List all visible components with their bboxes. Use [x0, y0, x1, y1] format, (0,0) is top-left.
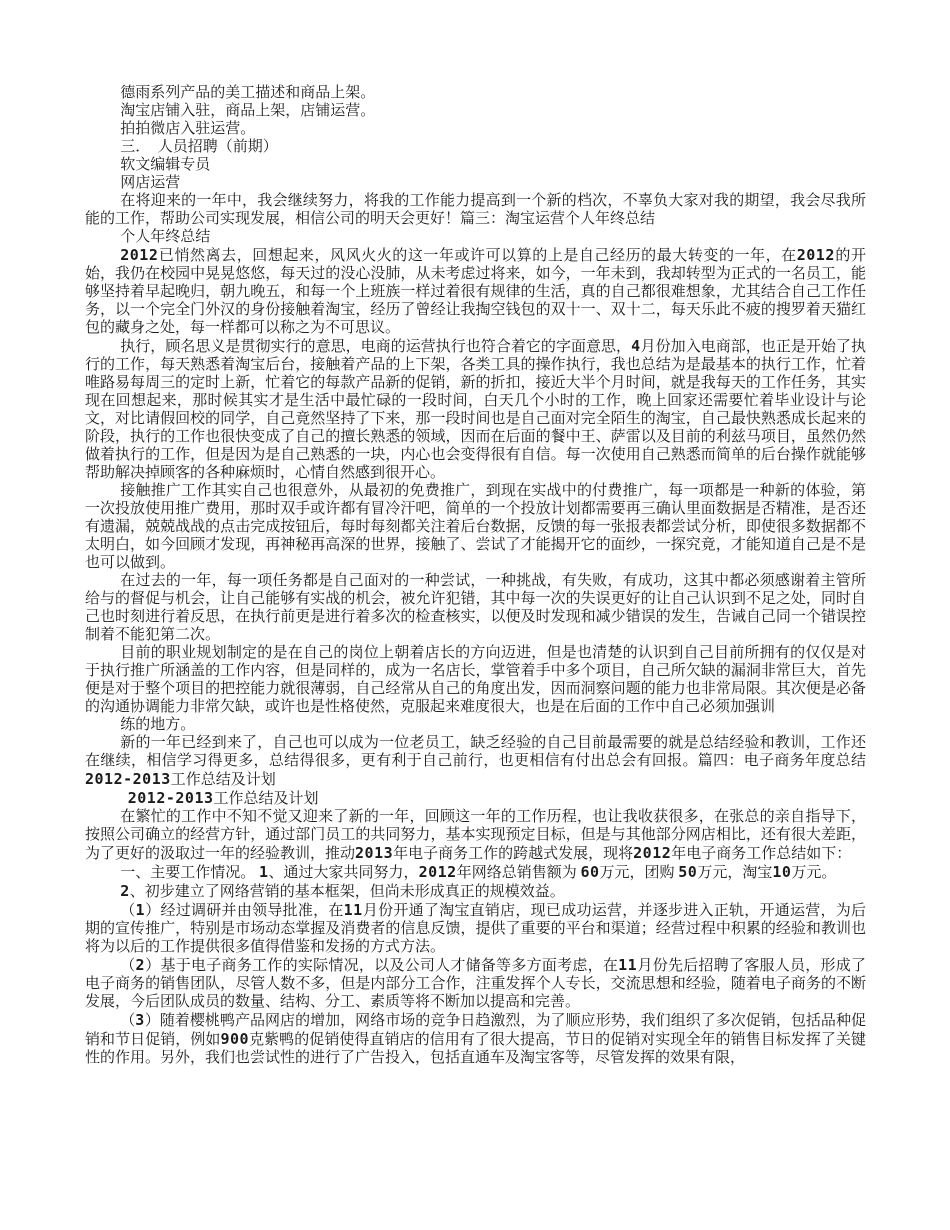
numeric-text: 2012-2013: [85, 770, 171, 788]
paragraph: 执行，顾名思义是贯彻实行的意思，电商的运营执行也符合着它的字面意思，4月份加入电…: [85, 337, 866, 482]
numeric-text: 1: [259, 863, 269, 881]
numeric-text: 2012: [797, 246, 835, 264]
numeric-text: 11: [618, 956, 637, 974]
paragraph: 淘宝店铺入驻，商品上架，店铺运营。: [85, 102, 866, 120]
paragraph: （1）经过调研并由领导批准，在11月份开通了淘宝直销店，现已成功运营，并逐步进入…: [85, 901, 866, 956]
numeric-text: 4: [631, 337, 641, 355]
paragraph: 德雨系列产品的美工描述和商品上架。: [85, 84, 866, 102]
paragraph: 拍拍微店入驻运营。: [85, 120, 866, 138]
paragraph: 练的地方。: [85, 716, 866, 734]
numeric-text: 50: [678, 863, 697, 881]
paragraph: 网店运营: [85, 174, 866, 192]
numeric-text: 2: [136, 956, 146, 974]
paragraph: 在将迎来的一年中，我会继续努力，将我的工作能力提高到一个新的档次，不辜负大家对我…: [85, 192, 866, 228]
numeric-text: 2012: [419, 863, 457, 881]
document-body: 德雨系列产品的美工描述和商品上架。淘宝店铺入驻，商品上架，店铺运营。拍拍微店入驻…: [85, 84, 866, 1067]
numeric-text: 2013: [355, 844, 393, 862]
numeric-text: 2: [120, 882, 130, 900]
numeric-text: 1: [136, 901, 146, 919]
paragraph: 一、主要工作情况。 1、通过大家共同努力，2012年网络总销售额为 60万元，团…: [85, 863, 866, 882]
paragraph: 目前的职业规划制定的是在自己的岗位上朝着店长的方向迈进，但是也清楚的认识到自己目…: [85, 644, 866, 716]
numeric-text: 2012: [120, 246, 158, 264]
paragraph: （2）基于电子商务工作的实际情况，以及公司人才储备等多方面考虑，在11月份先后招…: [85, 956, 866, 1011]
numeric-text: 900: [220, 1030, 249, 1048]
paragraph: 在过去的一年，每一项任务都是自己面对的一种尝试，一种挑战，有失败，有成功，这其中…: [85, 572, 866, 644]
paragraph: 软文编辑专员: [85, 156, 866, 174]
numeric-text: 60: [580, 863, 599, 881]
paragraph: 接触推广工作其实自己也很意外，从最初的免费推广，到现在实战中的付费推广，每一项都…: [85, 482, 866, 572]
paragraph: 个人年终总结: [85, 228, 866, 246]
paragraph: 三． 人员招聘（前期）: [85, 138, 866, 156]
numeric-text: 10: [772, 863, 791, 881]
numeric-text: 2012: [633, 844, 671, 862]
numeric-text: 2012-2013: [128, 789, 214, 807]
paragraph: 2012已悄然离去，回想起来，风风火火的这一年或许可以算的上是自己经历的最大转变…: [85, 246, 866, 337]
paragraph: 新的一年已经到来了，自己也可以成为一位老员工，缺乏经验的自己目前最需要的就是总结…: [85, 734, 866, 789]
numeric-text: 3: [135, 1011, 145, 1029]
numeric-text: 11: [344, 901, 363, 919]
paragraph: 2、初步建立了网络营销的基本框架，但尚未形成真正的规模效益。: [85, 882, 866, 901]
paragraph: 在繁忙的工作中不知不觉又迎来了新的一年，回顾这一年的工作历程，也让我收获很多，在…: [85, 808, 866, 863]
paragraph: （3）随着樱桃鸭产品网店的增加，网络市场的竞争日趋激烈，为了顺应形势，我们组织了…: [85, 1011, 866, 1067]
paragraph: 2012-2013工作总结及计划: [85, 789, 866, 808]
